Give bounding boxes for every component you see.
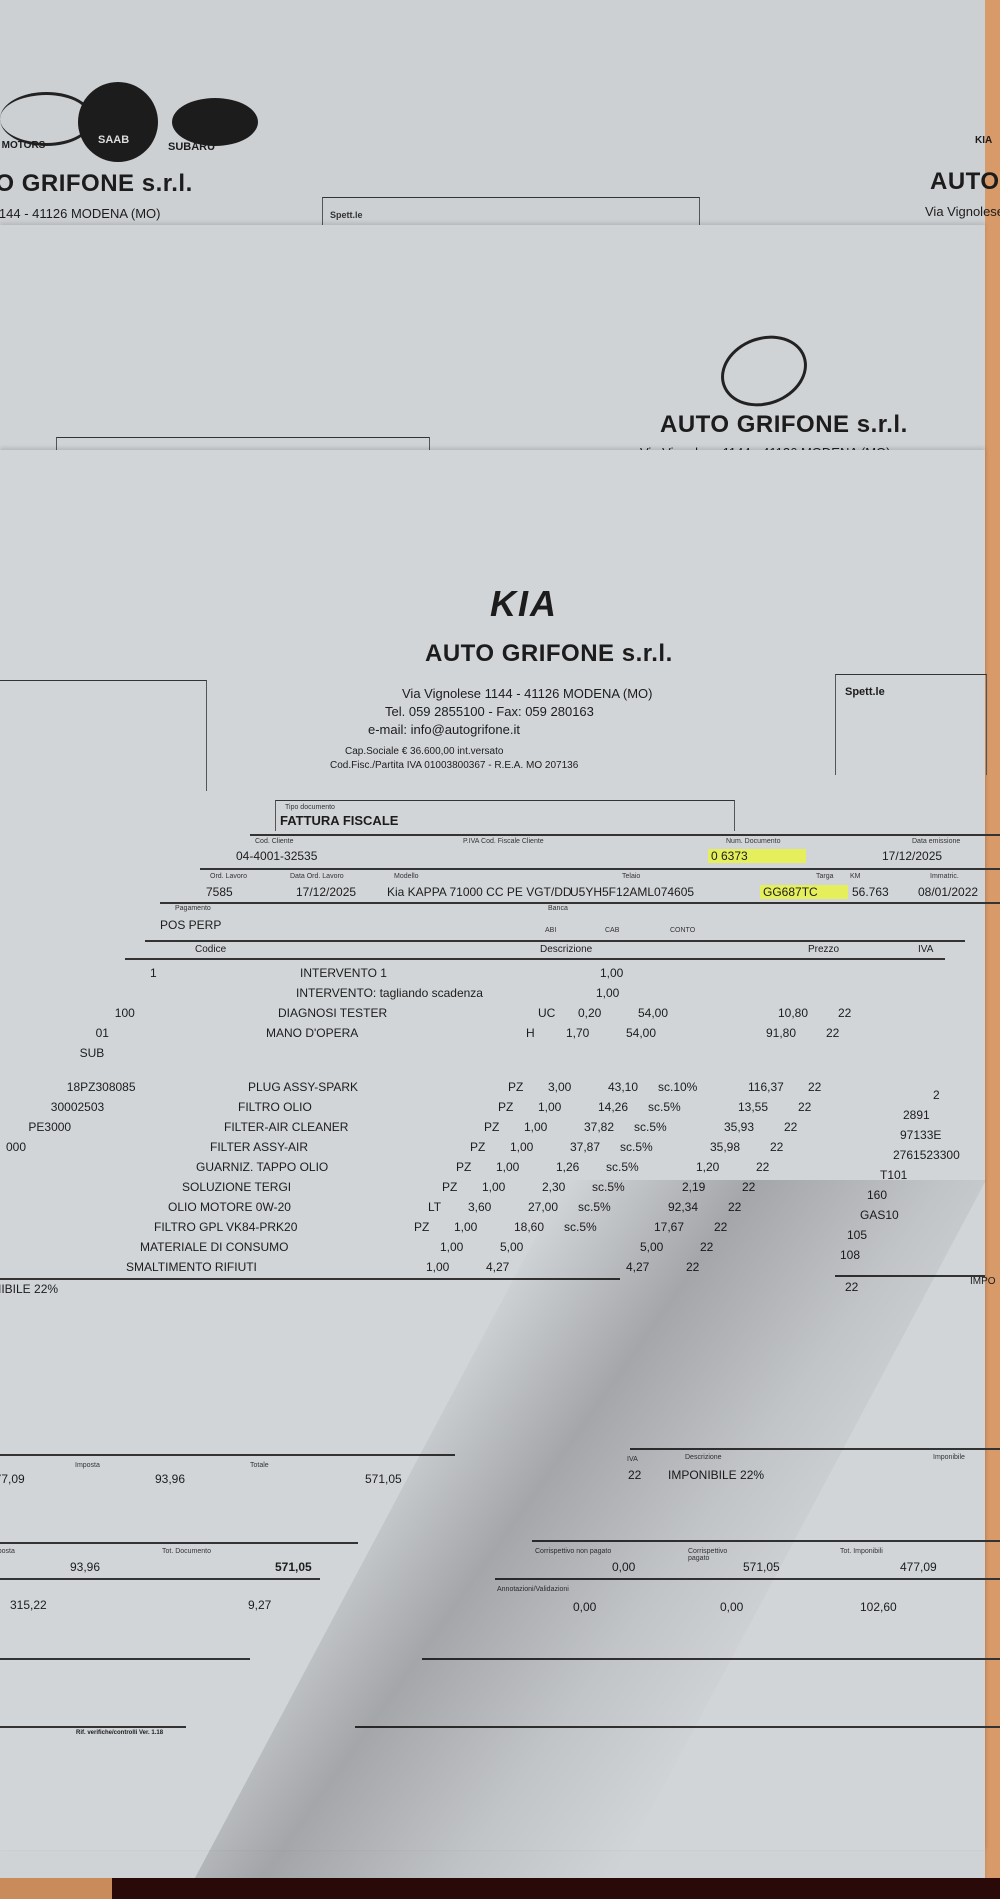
line-price: 5,00 [500,1240,523,1254]
line-code: 18PZ308085 [67,1080,136,1094]
table-row: OLIO MOTORE 0W-20LT3,6027,00sc.5%92,3422 [0,1200,1000,1218]
divider [160,902,1000,904]
table-row: 30002503FILTRO OLIOPZ1,0014,26sc.5%13,55… [0,1100,1000,1118]
line-discount: sc.5% [592,1180,625,1194]
line-price: 37,87 [570,1140,600,1154]
line-description: GUARNIZ. TAPPO OLIO [196,1160,328,1174]
client-code: 04-4001-32535 [236,849,317,863]
line-amount: 92,34 [668,1200,698,1214]
line-discount: sc.10% [658,1080,697,1094]
line-code: 30002503 [51,1100,104,1114]
imposta-value: 93,96 [70,1560,100,1574]
line-amount: 13,55 [738,1100,768,1114]
divider [532,1540,1000,1542]
notes-label: Annotazioni/Validazioni [497,1586,569,1593]
line-discount: sc.5% [634,1120,667,1134]
doc-type: FATTURA FISCALE [280,813,398,828]
doc-total: 571,05 [275,1560,312,1574]
line-quantity: 0,20 [578,1006,601,1020]
left-value-b: 9,27 [248,1598,271,1612]
table-edge [0,1878,1000,1899]
note-value-a: 0,00 [573,1600,596,1614]
company-fiscal: Cod.Fisc./Partita IVA 01003800367 - R.E.… [330,760,578,771]
line-quantity: 1,00 [510,1140,533,1154]
vat-code: 22 [628,1468,641,1482]
line-code: 1 [150,966,157,980]
tot-taxable-value: 477,09 [900,1560,937,1574]
line-price: 54,00 [638,1006,668,1020]
column-vat: IVA [918,944,933,955]
recipient-box [322,197,700,228]
plate-label: Targa [816,873,834,880]
line-quantity: 1,00 [600,966,623,980]
company-address: Via Vignolese 1144 - 41126 MODENA (MO) [0,206,161,221]
taxable-label: Imponibile [933,1454,965,1461]
table-row: SUB [0,1046,1000,1064]
line-unit: PZ [498,1100,513,1114]
right-address: Via Vignolese [925,204,1000,219]
line-price: 18,60 [514,1220,544,1234]
line-price: 54,00 [626,1026,656,1040]
line-discount: sc.5% [648,1100,681,1114]
line-quantity: 1,70 [566,1026,589,1040]
right-code: T101 [880,1168,907,1182]
divider [200,868,1000,870]
divider [145,940,965,942]
line-quantity: 1,00 [596,986,619,1000]
total-value: 571,05 [365,1472,402,1486]
vat-code-label: IVA [627,1456,638,1463]
brand-saab: SAAB [98,134,129,146]
line-price: 43,10 [608,1080,638,1094]
doc-total-label: Tot. Documento [162,1548,211,1555]
column-description: Descrizione [540,944,592,955]
abi-label: ABI [545,927,556,934]
line-code: 01 [96,1026,109,1040]
total-label: Totale [250,1462,269,1469]
line-discount: sc.5% [564,1220,597,1234]
line-description: MATERIALE DI CONSUMO [140,1240,288,1254]
account-label: CONTO [670,927,695,934]
line-price: 4,27 [486,1260,509,1274]
line-amount: 35,93 [724,1120,754,1134]
divider [125,958,945,960]
line-unit: PZ [442,1180,457,1194]
divider [630,1448,1000,1450]
client-code-label: Cod. Cliente [255,838,294,845]
line-description: SOLUZIONE TERGI [182,1180,291,1194]
tot-taxable-label: Tot. Imponibili [840,1548,883,1555]
payment-label: Pagamento [175,905,211,912]
line-unit: PZ [470,1140,485,1154]
recipient-label: Spett.le [845,686,885,698]
line-discount: sc.5% [606,1160,639,1174]
subaru-logo [172,98,258,146]
divider [835,1275,985,1277]
line-amount: 10,80 [778,1006,808,1020]
line-description: PLUG ASSY-SPARK [248,1080,358,1094]
right-code: 108 [840,1248,860,1262]
line-discount: sc.5% [578,1200,611,1214]
line-code: 000 [6,1140,26,1154]
divider [0,1726,186,1728]
line-vat: 22 [770,1140,783,1154]
table-row: PE3000FILTER-AIR CLEANERPZ1,0037,82sc.5%… [0,1120,1000,1138]
line-amount: 2,19 [682,1180,705,1194]
line-description: OLIO MOTORE 0W-20 [168,1200,291,1214]
doc-number: 0 6373 [708,849,806,863]
note-value-b: 0,00 [720,1600,743,1614]
line-vat: 22 [826,1026,839,1040]
table-row: 18PZ308085PLUG ASSY-SPARKPZ3,0043,10sc.1… [0,1080,1000,1098]
company-name: AUTO GRIFONE s.r.l. [425,640,673,668]
line-vat: 22 [808,1080,821,1094]
doc-type-label: Tipo documento [285,804,335,811]
doc-date-label: Data emissione [912,838,960,845]
right-code: 160 [867,1188,887,1202]
saab-logo [78,82,158,162]
right-brand: KIA [975,135,992,146]
right-vat-code: 22 [845,1280,858,1294]
cab-label: CAB [605,927,619,934]
line-discount: sc.5% [620,1140,653,1154]
vat-desc-label: Descrizione [685,1454,722,1461]
right-code: 97133E [900,1128,941,1142]
table-row: 01MANO D'OPERAH1,7054,0091,8022 [0,1026,1000,1044]
line-description: FILTRO OLIO [238,1100,312,1114]
line-unit: PZ [456,1160,471,1174]
registration: 08/01/2022 [918,885,978,899]
paid-value: 571,05 [743,1560,780,1574]
company-name: AUTO GRIFONE s.r.l. [0,170,193,198]
right-impo-label: IMPO [970,1276,996,1287]
line-description: INTERVENTO 1 [300,966,387,980]
paid-label: Corrispettivo pagato [688,1548,728,1562]
column-code: Codice [195,944,226,955]
line-description: DIAGNOSI TESTER [278,1006,387,1020]
registration-label: Immatric. [930,873,959,880]
right-code: 2761523300 [893,1148,960,1162]
footer-reference: Rif. verifiche/controlli Ver. 1.18 [76,1730,163,1736]
model-label: Modello [394,873,419,880]
line-amount: 5,00 [640,1240,663,1254]
line-unit: PZ [484,1120,499,1134]
line-vat: 22 [686,1260,699,1274]
doc-date: 17/12/2025 [882,849,942,863]
kia-logo: KIA [490,583,558,625]
line-price: 2,30 [542,1180,565,1194]
brand-kia-motors: KIA MOTORS [0,140,45,151]
line-vat: 22 [838,1006,851,1020]
line-unit: H [526,1026,535,1040]
payment: POS PERP [160,918,221,932]
vat-label: P.IVA Cod. Fiscale Cliente [463,838,544,845]
line-quantity: 1,00 [524,1120,547,1134]
table-row: 100DIAGNOSI TESTERUC0,2054,0010,8022 [0,1006,1000,1024]
line-quantity: 1,00 [538,1100,561,1114]
table-row: 1INTERVENTO 11,00 [0,966,1000,984]
line-vat: 22 [742,1180,755,1194]
right-code: 2891 [903,1108,930,1122]
line-amount: 1,20 [696,1160,719,1174]
line-quantity: 1,00 [482,1180,505,1194]
line-vat: 22 [784,1120,797,1134]
line-vat: 22 [798,1100,811,1114]
saab-griffin-logo [711,324,817,418]
right-code: 2 [933,1088,940,1102]
km: 56.763 [852,885,889,899]
recipient-label: Spett.le [330,210,363,220]
divider [422,1658,1000,1660]
line-amount: 91,80 [766,1026,796,1040]
line-description: FILTER-AIR CLEANER [224,1120,348,1134]
line-vat: 22 [700,1240,713,1254]
table-row: INTERVENTO: tagliando scadenza1,00 [0,986,1000,1004]
company-phone: Tel. 059 2855100 - Fax: 059 280163 [385,704,594,719]
line-amount: 35,98 [710,1140,740,1154]
line-vat: 22 [728,1200,741,1214]
divider [355,1726,1000,1728]
divider [250,834,1000,836]
company-address: Via Vignolese 1144 - 41126 MODENA (MO) [402,686,653,701]
invoice-sheet: KIA AUTO GRIFONE s.r.l. Via Vignolese 11… [0,450,985,1850]
line-unit: PZ [414,1220,429,1234]
unpaid-value: 0,00 [612,1560,635,1574]
company-name: AUTO GRIFONE s.r.l. [660,411,908,439]
brand-subaru: SUBARU [168,141,215,153]
table-row: 000FILTER ASSY-AIRPZ1,0037,87sc.5%35,982… [0,1140,1000,1158]
divider [0,1454,455,1456]
line-quantity: 1,00 [454,1220,477,1234]
tax-value: 93,96 [155,1472,185,1486]
line-vat: 22 [714,1220,727,1234]
line-quantity: 1,00 [496,1160,519,1174]
line-amount: 17,67 [654,1220,684,1234]
line-description: MANO D'OPERA [266,1026,358,1040]
line-description: FILTER ASSY-AIR [210,1140,308,1154]
line-unit: UC [538,1006,555,1020]
line-unit: PZ [508,1080,523,1094]
right-code: GAS10 [860,1208,899,1222]
imposta-label: Imposta [0,1548,15,1555]
divider [0,1278,620,1280]
chassis: U5YH5F12AML074605 [570,885,694,899]
line-description: SMALTIMENTO RIFIUTI [126,1260,257,1274]
right-company: AUTO [930,168,1000,196]
line-quantity: 1,00 [440,1240,463,1254]
order-label: Ord. Lavoro [210,873,247,880]
line-vat: 22 [756,1160,769,1174]
left-subtotal-label: IMPONIBILE 22% [0,1282,58,1296]
line-amount: 4,27 [626,1260,649,1274]
divider [495,1578,1000,1580]
line-code: SUB [80,1046,105,1060]
company-email: e-mail: info@autogrifone.it [368,722,520,737]
line-quantity: 1,00 [426,1260,449,1274]
table-row: SOLUZIONE TERGIPZ1,002,30sc.5%2,1922 [0,1180,1000,1198]
line-code: PE3000 [28,1120,71,1134]
line-price: 14,26 [598,1100,628,1114]
plate: GG687TC [760,885,848,899]
right-code: 105 [847,1228,867,1242]
line-code: 100 [115,1006,135,1020]
line-description: FILTRO GPL VK84-PRK20 [154,1220,297,1234]
divider [0,1578,320,1580]
bank-label: Banca [548,905,568,912]
unpaid-label: Corrispettivo non pagato [535,1548,611,1555]
divider [0,1658,250,1660]
left-value-a: 315,22 [10,1598,47,1612]
taxable-value: 477,09 [0,1472,25,1486]
company-capital: Cap.Sociale € 36.600,00 int.versato [345,746,503,757]
line-price: 1,26 [556,1160,579,1174]
column-price: Prezzo [808,944,839,955]
line-quantity: 3,60 [468,1200,491,1214]
chassis-label: Telaio [622,873,640,880]
order-number: 7585 [206,885,233,899]
line-quantity: 3,00 [548,1080,571,1094]
doc-number-label: Num. Documento [726,838,780,845]
line-amount: 116,37 [748,1080,784,1094]
line-price: 37,82 [584,1120,614,1134]
vat-desc: IMPONIBILE 22% [668,1468,764,1482]
model: Kia KAPPA 71000 CC PE VGT/DD [387,885,572,899]
line-unit: LT [428,1200,441,1214]
km-label: KM [850,873,861,880]
wood-surface [0,1878,112,1899]
note-value-c: 102,60 [860,1600,897,1614]
order-date: 17/12/2025 [296,885,356,899]
left-edge-box [0,680,207,791]
divider [0,1542,358,1544]
order-date-label: Data Ord. Lavoro [290,873,344,880]
line-description: INTERVENTO: tagliando scadenza [296,986,483,1000]
tax-label: Imposta [75,1462,100,1469]
line-price: 27,00 [528,1200,558,1214]
table-row: GUARNIZ. TAPPO OLIOPZ1,001,26sc.5%1,2022 [0,1160,1000,1178]
